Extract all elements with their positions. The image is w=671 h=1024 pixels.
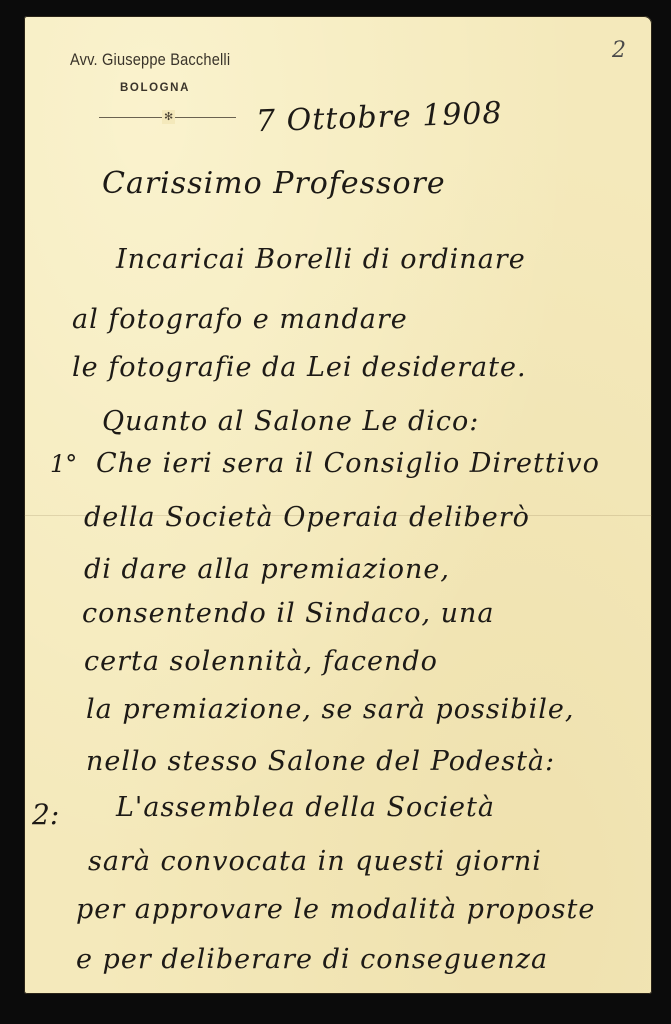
- list-marker: 1°: [50, 450, 77, 478]
- body-line: e per deliberare di conseguenza: [76, 944, 548, 975]
- body-line: al fotografo e mandare: [72, 304, 408, 335]
- letter-page: Avv. Giuseppe Bacchelli BOLOGNA ✻ 2 7 Ot…: [24, 16, 652, 994]
- letterhead-name: Avv. Giuseppe Bacchelli: [70, 50, 230, 70]
- body-line: Che ieri sera il Consiglio Direttivo: [96, 448, 600, 479]
- body-line: L'assemblea della Società: [116, 792, 495, 823]
- ornament-star-icon: ✻: [162, 110, 175, 124]
- body-line: della Società Operaia deliberò: [84, 502, 530, 533]
- letterhead-city: BOLOGNA: [120, 82, 190, 94]
- list-marker: 2:: [32, 798, 59, 831]
- body-line: Incaricai Borelli di ordinare: [116, 244, 526, 275]
- body-line: Quanto al Salone Le dico:: [102, 406, 479, 437]
- body-line: sarà convocata in questi giorni: [88, 846, 542, 877]
- body-line: di dare alla premiazione,: [84, 554, 450, 585]
- body-line: consentendo il Sindaco, una: [82, 598, 495, 629]
- letter-date: 7 Ottobre 1908: [255, 96, 503, 140]
- body-line: certa solennità, facendo: [84, 646, 438, 677]
- page-number: 2: [612, 38, 626, 63]
- body-line: la premiazione, se sarà possibile,: [86, 694, 574, 725]
- body-line: le fotografie da Lei desiderate.: [72, 352, 527, 383]
- body-line: nello stesso Salone del Podestà:: [86, 746, 555, 777]
- salutation: Carissimo Professore: [102, 166, 446, 201]
- body-line: per approvare le modalità proposte: [76, 894, 595, 925]
